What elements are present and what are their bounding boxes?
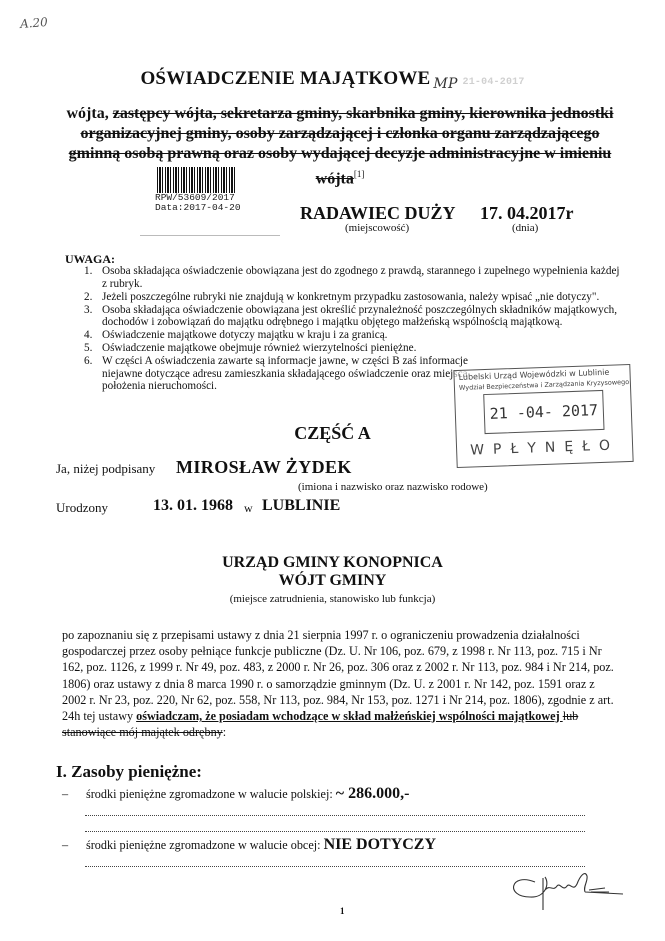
note-number: 2. — [84, 291, 92, 304]
note-item: 4.Oświadczenie majątkowe dotyczy majątku… — [84, 329, 624, 342]
cash-foreign-label: środki pieniężne zgromadzone w walucie o… — [86, 838, 321, 852]
subtitle-active: wójta, — [67, 105, 109, 122]
note-text: Oświadczenie majątkowe obejmuje również … — [102, 342, 416, 354]
birth-in: w — [244, 501, 253, 516]
cash-foreign-value: NIE DOTYCZY — [324, 836, 436, 853]
position: WÓJT GMINY — [0, 572, 665, 590]
handwritten-initials: MP — [433, 76, 457, 92]
note-number: 4. — [84, 329, 92, 342]
cash-pln-label: środki pieniężne zgromadzone w walucie p… — [86, 787, 333, 801]
declarant-name: MIROSŁAW ŻYDEK — [176, 457, 352, 478]
note-number: 1. — [84, 265, 92, 278]
birth-date: 13. 01. 1968 — [153, 497, 233, 515]
note-text: W części A oświadczenia zawarte są infor… — [102, 355, 468, 392]
subtitle-struck-4: wójta — [316, 170, 354, 187]
part-a-heading: CZĘŚĆ A — [0, 423, 665, 444]
document-subtitle: wójta, zastępcy wójta, sekretarza gminy,… — [40, 104, 640, 189]
registration-date: Data:2017-04-20 — [155, 203, 241, 213]
note-text: Jeżeli poszczególne rubryki nie znajdują… — [102, 291, 599, 303]
signature-icon — [505, 862, 625, 912]
note-text: Osoba składająca oświadczenie obowiązana… — [102, 265, 620, 290]
employment-label: (miejsce zatrudnienia, stanowisko lub fu… — [0, 593, 665, 605]
received-stamp: Lubelski Urząd Wojewódzki w Lublinie Wyd… — [453, 364, 633, 468]
dash: – — [62, 787, 86, 802]
dotted-line — [85, 831, 585, 832]
note-text: Osoba składająca oświadczenie obowiązana… — [102, 304, 617, 329]
subtitle-struck-3: gminną osobą prawną oraz osoby wydającej… — [69, 145, 612, 162]
note-text: Oświadczenie majątkowe dotyczy majątku w… — [102, 329, 387, 341]
page-number: 1 — [340, 906, 345, 916]
note-number: 5. — [84, 342, 92, 355]
dash: – — [62, 838, 86, 853]
date-label: (dnia) — [512, 222, 538, 234]
birth-place: LUBLINIE — [262, 497, 340, 515]
subtitle-struck-1: zastępcy wójta, sekretarza gminy, skarbn… — [113, 105, 614, 122]
legal-paragraph: po zapoznaniu się z przepisami ustawy z … — [62, 627, 622, 740]
faded-stamp-text: 21-04-2017 — [463, 77, 525, 88]
footnote-marker: [1] — [354, 169, 365, 179]
cash-foreign-row: –środki pieniężne zgromadzone w walucie … — [62, 836, 436, 854]
document-title: OŚWIADCZENIE MAJĄTKOWEMP 21-04-2017 — [0, 68, 665, 92]
name-label: (imiona i nazwisko oraz nazwisko rodowe) — [298, 481, 488, 493]
cash-pln-value: ~ 286.000,- — [336, 785, 410, 802]
signed-label: Ja, niżej podpisany — [56, 461, 155, 477]
registration-label: RPW/53609/2017 Data:2017-04-20 — [155, 193, 241, 213]
place-value: RADAWIEC DUŻY — [300, 203, 456, 224]
note-number: 6. — [84, 355, 92, 368]
paragraph-end: : — [223, 725, 226, 739]
note-item: 5.Oświadczenie majątkowe obejmuje równie… — [84, 342, 624, 355]
employer: URZĄD GMINY KONOPNICA — [0, 554, 665, 572]
place-label: (miejscowość) — [345, 222, 409, 234]
dotted-line — [85, 815, 585, 816]
section-1-title: I. Zasoby pieniężne: — [56, 762, 202, 782]
divider — [140, 235, 280, 236]
handwritten-corner-note: A.20 — [20, 15, 49, 31]
cash-pln-row: –środki pieniężne zgromadzone w walucie … — [62, 785, 409, 803]
declaration-underlined: oświadczam, że posiadam wchodzące w skła… — [136, 709, 563, 723]
date-value: 17. 04.2017r — [480, 203, 574, 224]
note-item: 3.Osoba składająca oświadczenie obowiąza… — [84, 304, 624, 329]
subtitle-struck-2: organizacyjnej gminy, osoby zarządzające… — [80, 125, 599, 142]
note-item: 2.Jeżeli poszczególne rubryki nie znajdu… — [84, 291, 624, 304]
note-number: 3. — [84, 304, 92, 317]
title-text: OŚWIADCZENIE MAJĄTKOWE — [140, 68, 430, 89]
note-item: 1.Osoba składająca oświadczenie obowiąza… — [84, 265, 624, 290]
barcode-icon — [157, 167, 235, 193]
born-label: Urodzony — [56, 500, 108, 516]
